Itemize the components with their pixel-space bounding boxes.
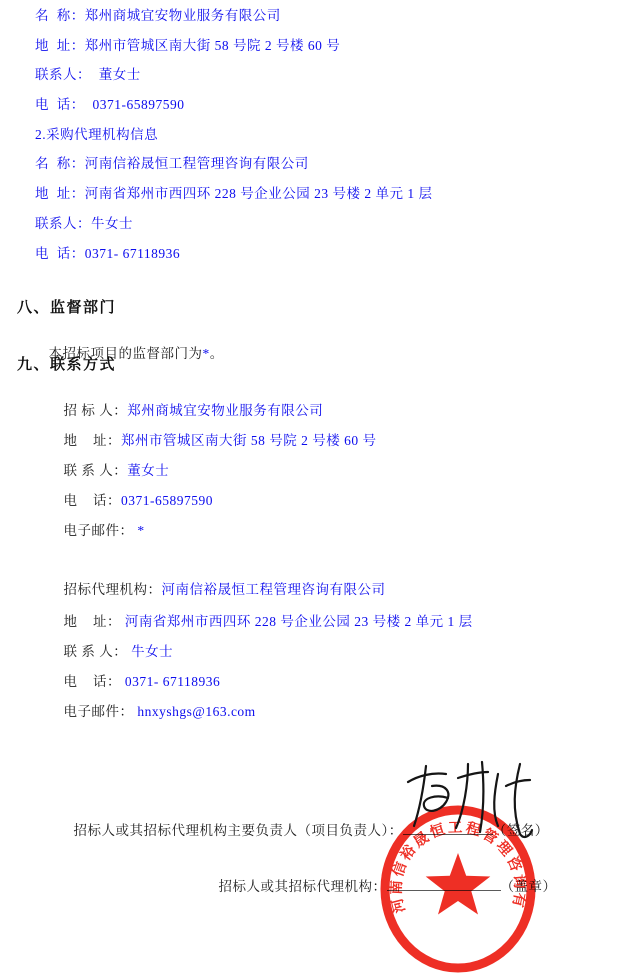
tenderer-phone-value: 0371-65897590 xyxy=(121,493,213,508)
tenderer-name-label: 招 标 人： xyxy=(64,403,128,418)
tenderer-address-label: 地 址： xyxy=(64,433,122,448)
supervision-heading: 八、监督部门 xyxy=(17,300,116,316)
agency2-phone-value: 0371- 67118936 xyxy=(121,674,220,689)
tenderer-address-value: 郑州市管城区南大街 58 号院 2 号楼 60 号 xyxy=(121,433,377,448)
agency2-email-label: 电子邮件： xyxy=(64,704,134,719)
purchaser-contact-line: 联系人： 董女士 xyxy=(35,67,141,83)
purchaser-phone-line: 电 话： 0371-65897590 xyxy=(35,97,185,113)
purchaser-address-line: 地 址：郑州市管城区南大街 58 号院 2 号楼 60 号 xyxy=(35,38,340,54)
agency2-contact-value: 牛女士 xyxy=(127,644,173,659)
agency-contact-line: 联系人：牛女士 xyxy=(35,216,133,232)
signature-strokes xyxy=(408,762,532,837)
agency-info-title: 2.采购代理机构信息 xyxy=(35,127,158,143)
org-stamp-label: 招标人或其招标代理机构： xyxy=(219,879,387,894)
tenderer-email-row: 电子邮件： * xyxy=(48,507,145,555)
tenderer-contact-value: 董女士 xyxy=(127,463,169,478)
agency2-email-row: 电子邮件： hnxyshgs@163.com xyxy=(48,688,256,736)
agency2-email-value: hnxyshgs@163.com xyxy=(134,704,256,719)
agency2-name-label: 招标代理机构： xyxy=(64,582,162,597)
agency2-name-value: 河南信裕晟恒工程管理咨询有限公司 xyxy=(162,582,386,597)
principal-signature-label: 招标人或其招标代理机构主要负责人（项目负责人）： xyxy=(74,823,403,838)
agency-phone-line: 电 话：0371- 67118936 xyxy=(35,246,180,262)
agency2-address-value: 河南省郑州市西四环 228 号企业公园 23 号楼 2 单元 1 层 xyxy=(121,614,473,629)
contact-heading: 九、联系方式 xyxy=(17,357,116,373)
agency2-contact-label: 联 系 人： xyxy=(64,644,128,659)
tenderer-phone-label: 电 话： xyxy=(64,493,122,508)
seal-star-icon xyxy=(426,853,491,915)
purchaser-name-line: 名 称：郑州商城宜安物业服务有限公司 xyxy=(35,8,281,24)
agency2-address-label: 地 址： xyxy=(64,614,122,629)
tenderer-name-value: 郑州商城宜安物业服务有限公司 xyxy=(127,403,323,418)
tenderer-contact-label: 联 系 人： xyxy=(64,463,128,478)
handwritten-signature xyxy=(402,752,552,842)
agency2-phone-label: 电 话： xyxy=(64,674,122,689)
agency-name-line: 名 称：河南信裕晟恒工程管理咨询有限公司 xyxy=(35,156,309,172)
tender-document-page: 名 称：郑州商城宜安物业服务有限公司 地 址：郑州市管城区南大街 58 号院 2… xyxy=(0,0,638,974)
tenderer-email-label: 电子邮件： xyxy=(64,523,134,538)
agency-address-line: 地 址：河南省郑州市西四环 228 号企业公园 23 号楼 2 单元 1 层 xyxy=(35,186,433,202)
supervision-body-period: 。 xyxy=(210,346,224,361)
tenderer-email-value: * xyxy=(134,523,145,538)
supervision-redacted-star: * xyxy=(203,346,210,361)
